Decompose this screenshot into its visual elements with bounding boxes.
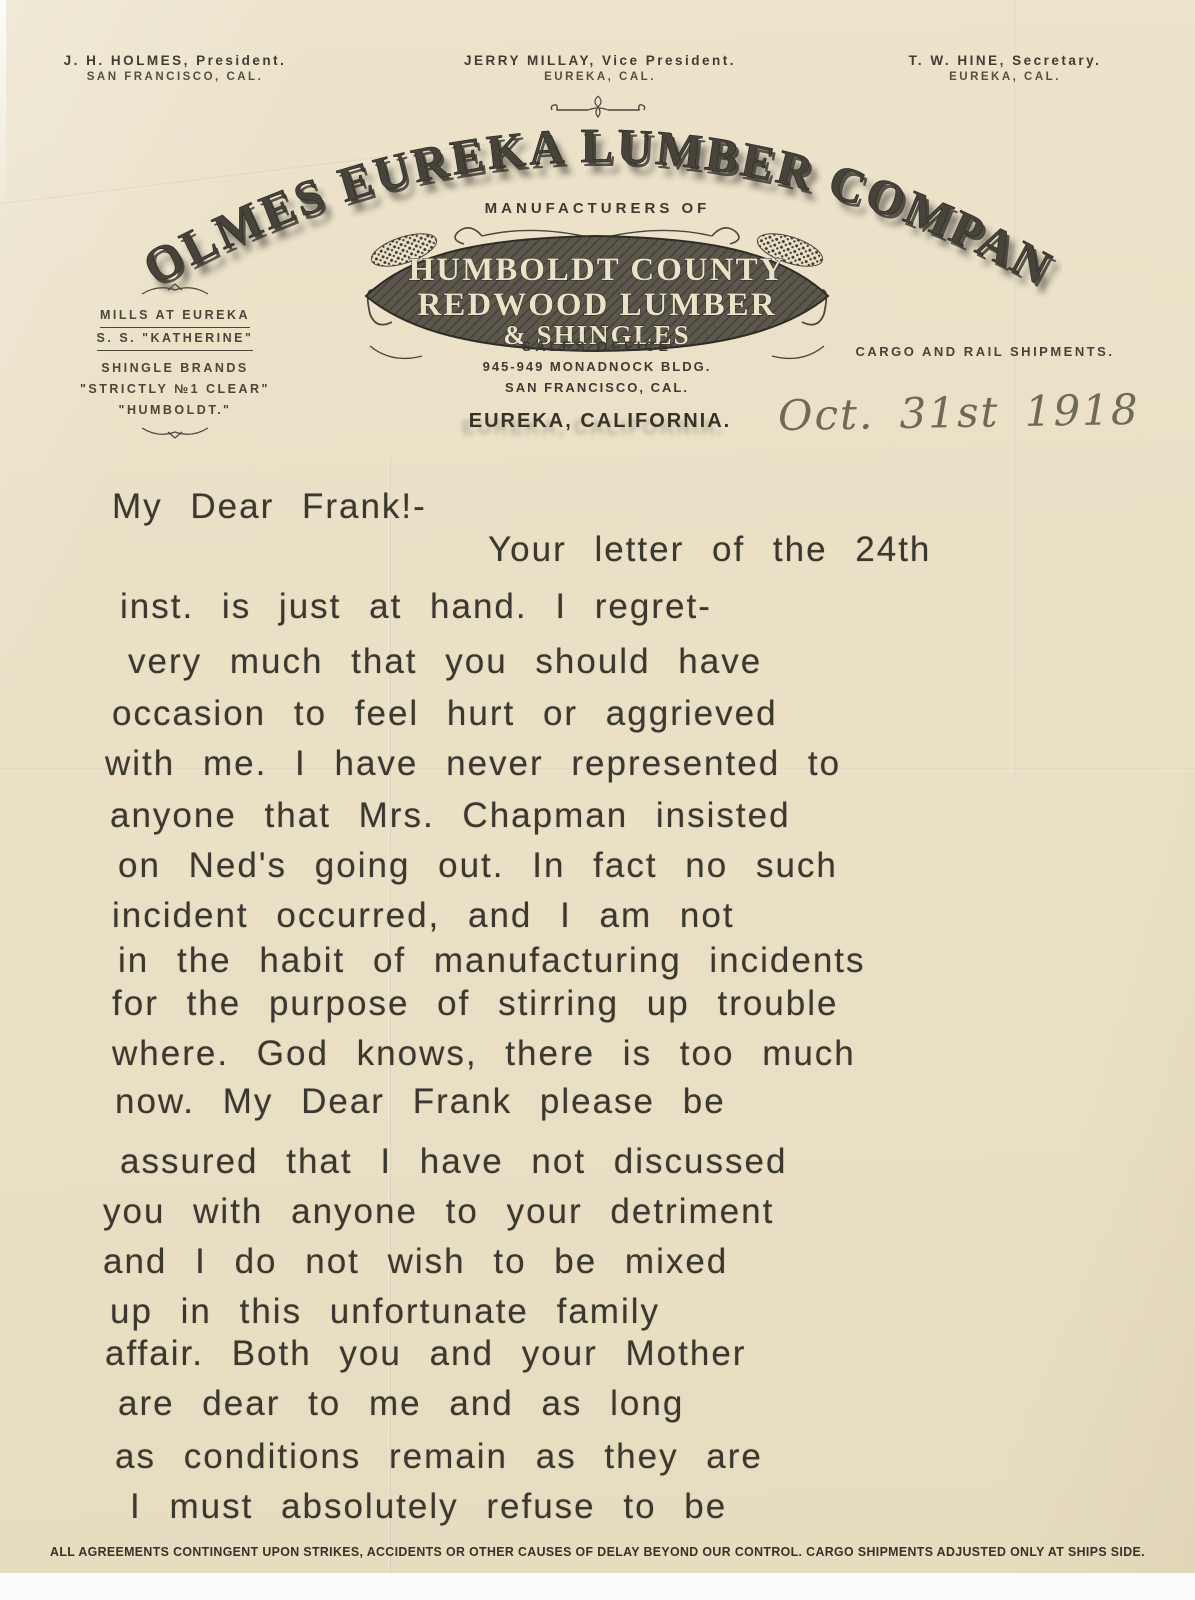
shingle-brand-1: "STRICTLY №1 CLEAR" <box>52 379 298 400</box>
letter-scan: J. H. HOLMES, President. SAN FRANCISCO, … <box>0 0 1195 1600</box>
officer-location: EUREKA, CAL. <box>890 69 1120 86</box>
handwritten-line: I must absolutely refuse to be <box>130 1487 727 1527</box>
handwritten-line: up in this unfortunate family <box>110 1292 660 1332</box>
banner-line-2: REDWOOD LUMBER <box>418 287 777 323</box>
sales-office-city: SAN FRANCISCO, CAL. <box>447 377 747 398</box>
steamer-line: S. S. "KATHERINE" <box>97 328 254 351</box>
sales-office-address: 945-949 MONADNOCK BLDG. <box>447 356 747 377</box>
sales-office-label: SALES OFFICE <box>447 336 747 356</box>
handwritten-line: you with anyone to your detriment <box>103 1192 774 1232</box>
manufacturers-of-label: MANUFACTURERS OF <box>0 200 1195 217</box>
handwritten-line: as conditions remain as they are <box>115 1437 763 1477</box>
footer-conditions: ALL AGREEMENTS CONTINGENT UPON STRIKES, … <box>30 1544 1165 1559</box>
handwritten-line: on Ned's going out. In fact no such <box>118 846 838 886</box>
officer-name: T. W. HINE, Secretary. <box>890 52 1120 69</box>
handwritten-line: are dear to me and as long <box>118 1384 684 1424</box>
shipments-note: CARGO AND RAIL SHIPMENTS. <box>840 344 1130 359</box>
flourish-ornament <box>140 282 210 298</box>
handwritten-line: in the habit of manufacturing incidents <box>118 941 866 981</box>
handwritten-line: My Dear Frank!- <box>112 487 427 527</box>
place-dateline: EUREKA, CALIFORNIA. <box>440 410 760 433</box>
handwritten-line: affair. Both you and your Mother <box>105 1334 746 1374</box>
mills-line: MILLS AT EUREKA <box>100 305 250 328</box>
officer-location: EUREKA, CAL. <box>440 69 760 86</box>
mills-info-block: MILLS AT EUREKA S. S. "KATHERINE" SHINGL… <box>52 282 298 447</box>
handwritten-line: incident occurred, and I am not <box>112 896 735 936</box>
banner-line-1: HUMBOLDT COUNTY <box>409 252 786 288</box>
handwritten-line: very much that you should have <box>128 642 762 682</box>
officer-location: SAN FRANCISCO, CAL. <box>55 69 295 86</box>
scan-edge-bottom <box>0 1573 1195 1600</box>
officer-president: J. H. HOLMES, President. SAN FRANCISCO, … <box>55 52 295 86</box>
shingle-brands-label: SHINGLE BRANDS <box>52 358 298 379</box>
handwritten-line: anyone that Mrs. Chapman insisted <box>110 796 791 836</box>
handwritten-date: Oct. 31st 1918 <box>778 385 1140 440</box>
handwritten-line: and I do not wish to be mixed <box>103 1242 728 1282</box>
handwritten-line: occasion to feel hurt or aggrieved <box>112 694 778 734</box>
shingle-brand-2: "HUMBOLDT." <box>52 400 298 421</box>
handwritten-line: now. My Dear Frank please be <box>115 1082 726 1122</box>
officer-name: JERRY MILLAY, Vice President. <box>440 52 760 69</box>
flourish-ornament <box>140 424 210 440</box>
handwritten-line: where. God knows, there is too much <box>112 1034 856 1074</box>
handwritten-line: inst. is just at hand. I regret- <box>120 587 712 627</box>
handwritten-line: assured that I have not discussed <box>120 1142 787 1182</box>
officer-vice-president: JERRY MILLAY, Vice President. EUREKA, CA… <box>440 52 760 86</box>
officer-secretary: T. W. HINE, Secretary. EUREKA, CAL. <box>890 52 1120 86</box>
handwritten-line: with me. I have never represented to <box>105 744 841 784</box>
handwritten-line: for the purpose of stirring up trouble <box>112 984 838 1024</box>
sales-office-block: SALES OFFICE 945-949 MONADNOCK BLDG. SAN… <box>447 336 747 398</box>
handwritten-line: Your letter of the 24th <box>488 530 931 570</box>
scan-edge <box>0 0 6 220</box>
officer-name: J. H. HOLMES, President. <box>55 52 295 69</box>
